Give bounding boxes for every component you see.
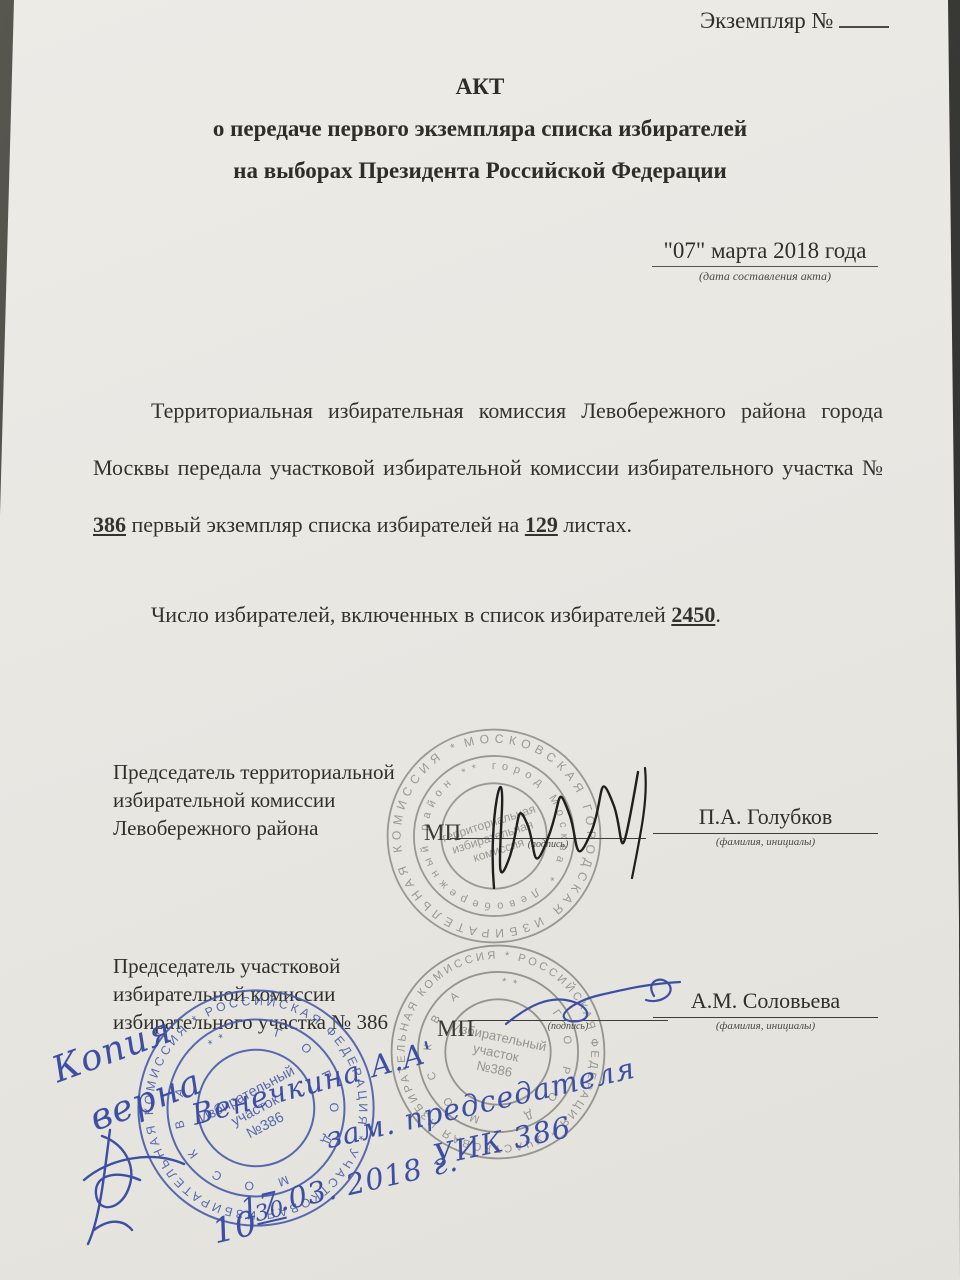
sig1-name-block: П.А. Голубков (фамилия, инициалы) (653, 804, 878, 848)
doc-subtitle-1: о передаче первого экземпляра списка изб… (120, 116, 840, 142)
transfer-paragraph: Территориальная избирательная комиссия Л… (93, 382, 883, 553)
doc-title: АКТ (120, 74, 840, 100)
copy-number-label: Экземпляр № (700, 8, 833, 33)
sig1-handwritten-signature (482, 738, 662, 908)
handwriting-time-minutes: 30 (253, 1196, 288, 1227)
transfer-text-c: листах. (558, 512, 632, 537)
sig2-mp-mark: МП (437, 1016, 474, 1042)
voter-count-text: Число избирателей, включенных в список и… (151, 602, 671, 627)
sig2-handwritten-signature (498, 972, 688, 1042)
transfer-text-b: первый экземпляр списка избирателей на (126, 512, 525, 537)
sig1-name: П.А. Голубков (653, 804, 878, 834)
date-caption: (дата составления акта) (652, 267, 878, 284)
sig1-name-caption: (фамилия, инициалы) (653, 834, 878, 848)
sig1-mp-mark: МП (424, 820, 461, 846)
date-value: "07" марта 2018 года (652, 238, 878, 267)
doc-subtitle-2: на выборах Президента Российской Федерац… (120, 158, 840, 184)
certifier-handwritten-signature (66, 1118, 206, 1248)
precinct-number: 386 (93, 512, 126, 537)
sheets-count: 129 (525, 512, 558, 537)
transfer-text-a: Территориальная избирательная комиссия Л… (93, 398, 883, 480)
copy-number-blank (839, 6, 889, 28)
voter-count-period: . (715, 602, 721, 627)
date-block: "07" марта 2018 года (дата составления а… (652, 238, 878, 284)
voter-count-line: Число избирателей, включенных в список и… (93, 586, 883, 643)
document-title-block: АКТ о передаче первого экземпляра списка… (120, 74, 840, 200)
photo-of-document: Экземпляр № АКТ о передаче первого экзем… (0, 0, 960, 1280)
copy-number-line: Экземпляр № (700, 6, 930, 34)
voter-count-number: 2450 (671, 602, 715, 627)
